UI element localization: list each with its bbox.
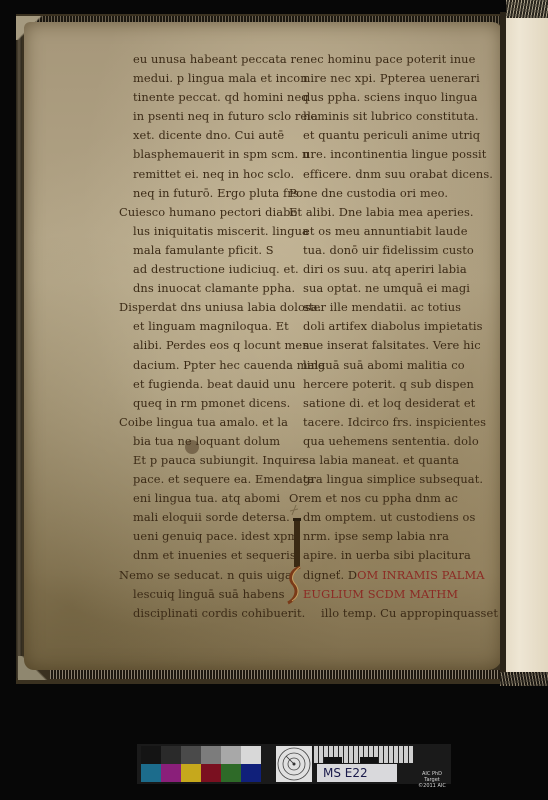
shelfmark-label: MS E22 [317, 764, 397, 782]
manuscript-line: xet. dicente dno. Cui autē [133, 126, 283, 145]
manuscript-line: tacere. Idcirco frs. inspicientes [303, 413, 473, 432]
color-patch [141, 764, 161, 782]
manuscript-line: digneť. DOM INRAMIS PALMA [303, 566, 473, 585]
manuscript-line: Cuiesco humano pectori diabo [119, 203, 283, 222]
manuscript-line: sua optat. ne umquā ei magi [303, 279, 473, 298]
text-column-left: eu unusa habeant peccata remedui. p ling… [133, 50, 283, 623]
manuscript-line: ad destructione iudiciuq. et. [133, 260, 283, 279]
manuscript-line: nrm. ipse semp labia nra [303, 527, 473, 546]
manuscript-line: blasphemauerit in spm scm. n [133, 145, 283, 164]
manuscript-line: et fugienda. beat dauid unu [133, 375, 283, 394]
facing-page-edge-top [506, 0, 548, 18]
manuscript-line: efficere. dnm suu orabat dicens. [303, 165, 473, 184]
binding-edge-left [16, 16, 22, 678]
manuscript-line: illo temp. Cu appropinquasset [321, 604, 473, 623]
manuscript-line: queq in rm pmonet dicens. [133, 394, 283, 413]
ruler-segment [324, 757, 342, 763]
manuscript-line: ster ille mendatii. ac totius [303, 298, 473, 317]
manuscript-line: dacium. Ppter hec cauenda mala [133, 356, 283, 375]
gray-patch [181, 746, 201, 764]
gray-patch [241, 746, 261, 764]
manuscript-line: in psenti neq in futuro sclo rela [133, 107, 283, 126]
manuscript-line: qua uehemens sententia. dolo [303, 432, 473, 451]
facing-page-edge [500, 12, 548, 680]
rubric-text: OM INRAMIS PALMA [357, 568, 484, 582]
manuscript-line: dm omptem. ut custodiens os [303, 508, 473, 527]
concentric-circle-icon [276, 746, 312, 782]
manuscript-line: sa labia maneat. et quanta [303, 451, 473, 470]
manuscript-line: Orem et nos cu ppha dnm ac [289, 489, 473, 508]
manuscript-line: doli artifex diabolus impietatis [303, 317, 473, 336]
manuscript-line: Et p pauca subiungit. Inquire [133, 451, 283, 470]
target-brand-line: AIC PhD Target [414, 771, 450, 783]
color-patch [181, 764, 201, 782]
manuscript-line: satione di. et loq desiderat et [303, 394, 473, 413]
manuscript-line: medui. p lingua mala et incon [133, 69, 283, 88]
ruler-segment [360, 757, 378, 763]
manuscript-line: pace. et sequere ea. Emendata [133, 470, 283, 489]
manuscript-line: eu unusa habeant peccata re [133, 50, 283, 69]
gray-patch [161, 746, 181, 764]
manuscript-line: gra lingua simplice subsequat. [303, 470, 473, 489]
manuscript-line: sue inserat falsitates. Vere hic [303, 336, 473, 355]
manuscript-line: mali eloquii sorde detersa. [133, 508, 283, 527]
manuscript-line: eni lingua tua. atq abomi [133, 489, 283, 508]
color-patch [161, 764, 181, 782]
manuscript-line: nec hominu pace poterit inue [303, 50, 473, 69]
manuscript-line: Nemo se seducat. n quis uiga [119, 566, 283, 585]
facing-page-edge-bottom [500, 672, 548, 686]
manuscript-line: diri os suu. atq aperiri labia [303, 260, 473, 279]
manuscript-line: nire nec xpi. Ppterea uenerari [303, 69, 473, 88]
manuscript-line: hominis sit lubrico constituta. [303, 107, 473, 126]
manuscript-line: neq in futurō. Ergo pluta frs. [133, 184, 283, 203]
manuscript-line: lescuiq linguā suā habens [133, 585, 283, 604]
manuscript-line: apire. in uerba sibi placitura [303, 546, 473, 565]
manuscript-line: ure. incontinentia lingue possit [303, 145, 473, 164]
manuscript-line: et linguam magniloqua. Et [133, 317, 283, 336]
decorated-initial-I-icon [286, 505, 310, 605]
manuscript-line: tua. donō uir fidelissim custo [303, 241, 473, 260]
manuscript-line: mala famulante pficit. S [133, 241, 283, 260]
manuscript-line: remittet ei. neq in hoc sclo. [133, 165, 283, 184]
target-copyright-line: ©2011 AIC [414, 783, 450, 789]
manuscript-line: Disperdat dns uniusa labia dolosa. [119, 298, 283, 317]
manuscript-line: Coibe lingua tua amalo. et la [119, 413, 283, 432]
gray-patch [201, 746, 221, 764]
manuscript-line: EUGLIUM SCDM MATHM [303, 585, 473, 604]
binding-edge-bottom [50, 670, 506, 679]
manuscript-line: hercere poterit. q sub dispen [303, 375, 473, 394]
manuscript-line: lus iniquitatis miscerit. lingua [133, 222, 283, 241]
manuscript-line: Et alibi. Dne labia mea aperies. [289, 203, 473, 222]
manuscript-line: alibi. Perdes eos q locunt men [133, 336, 283, 355]
color-patch [241, 764, 261, 782]
target-circle-chart [276, 746, 312, 782]
manuscript-line: Pone dne custodia ori meo. [289, 184, 473, 203]
color-patch [221, 764, 241, 782]
manuscript-line: disciplinati cordis cohibuerit. [133, 604, 283, 623]
target-brand-text: AIC PhD Target ©2011 AIC [414, 771, 450, 789]
manuscript-line: tinente peccat. qd homini neq [133, 88, 283, 107]
gray-patch [141, 746, 161, 764]
manuscript-line: dns inuocat clamante ppha. [133, 279, 283, 298]
gray-patch [221, 746, 241, 764]
manuscript-line: dus ppha. sciens inquo lingua [303, 88, 473, 107]
manuscript-line: et quantu periculi anime utriq [303, 126, 473, 145]
manuscript-line: ueni genuiq pace. idest xpm [133, 527, 283, 546]
color-patch [201, 764, 221, 782]
text-column-right: nec hominu pace poterit inuenire nec xpi… [303, 50, 473, 623]
manuscript-line: bia tua ne loquant dolum [133, 432, 283, 451]
manuscript-line: et os meu annuntiabit laude [303, 222, 473, 241]
manuscript-line: linguā suā abomi malitia co [303, 356, 473, 375]
manuscript-line: dnm et inuenies et sequeris. [133, 546, 283, 565]
